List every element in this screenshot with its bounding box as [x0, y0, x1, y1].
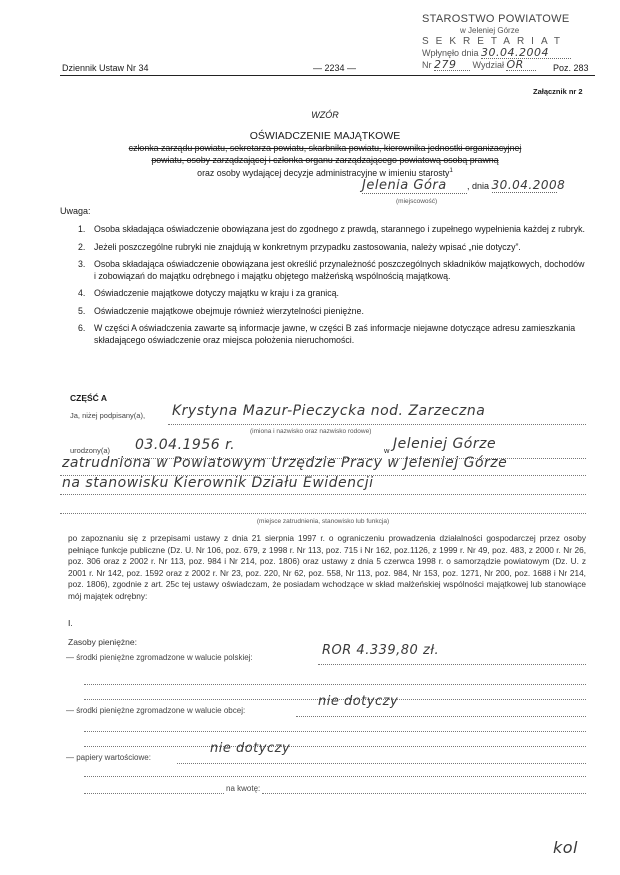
- note-number: 3.: [78, 259, 85, 271]
- securities-field[interactable]: nie dotyczy: [210, 741, 290, 756]
- place-caption: (miejscowość): [396, 198, 437, 205]
- note-number: 4.: [78, 288, 85, 300]
- place-date-row: Jelenia Góra, dnia 30.04.2008: [362, 178, 557, 194]
- note-text: Jeżeli poszczególne rubryki nie znajdują…: [94, 242, 521, 252]
- foreign-dotline-2: [84, 731, 586, 732]
- stamp-division-label: Wydział: [473, 60, 504, 70]
- date-label: , dnia: [467, 181, 489, 191]
- signer-name-field[interactable]: Krystyna Mazur-Pieczycka nod. Zarzeczna: [172, 403, 485, 419]
- note-number: 1.: [78, 224, 85, 236]
- note-text: Oświadczenie majątkowe obejmuje również …: [94, 306, 364, 316]
- born-in-label: w: [384, 446, 389, 455]
- subtitle-struck-line-1: członka zarządu powiatu, sekretarza powi…: [58, 143, 592, 155]
- part-a-heading: CZĘŚĆ A: [70, 393, 107, 403]
- born-label: urodzony(a): [70, 446, 110, 455]
- stamp-division-value: OR: [506, 59, 536, 71]
- document-title: OŚWIADCZENIE MAJĄTKOWE: [60, 130, 590, 142]
- employment-dotline-2: [60, 494, 586, 495]
- note-text: Osoba składająca oświadczenie obowiązana…: [94, 259, 584, 281]
- employment-dotline-3: [60, 513, 586, 514]
- pln-label: — środki pieniężne zgromadzone w walucie…: [66, 653, 253, 662]
- journal-page: — 2234 —: [313, 63, 356, 73]
- stamp-received-label: Wpłynęło dnia: [422, 48, 479, 58]
- amount-dotline-left: [84, 793, 224, 794]
- signer-label: Ja, niżej podpisany(a),: [70, 411, 145, 420]
- pln-funds-field[interactable]: ROR 4.339,80 zł.: [322, 643, 439, 658]
- notes-heading: Uwaga:: [60, 206, 91, 216]
- legal-statement: po zapoznaniu się z przepisami ustawy z …: [68, 533, 586, 603]
- pln-dotline-2: [84, 684, 586, 685]
- subtitle-block: członka zarządu powiatu, sekretarza powi…: [58, 143, 592, 179]
- note-item: 1.Osoba składająca oświadczenie obowiąza…: [78, 224, 586, 236]
- note-number: 6.: [78, 323, 85, 335]
- birth-date-field[interactable]: 03.04.1956 r.: [135, 437, 235, 453]
- foreign-funds-field[interactable]: nie dotyczy: [318, 694, 398, 709]
- template-label: WZÓR: [60, 110, 590, 120]
- stamp-number-label: Nr: [422, 60, 432, 70]
- employment-caption: (miejsce zatrudnienia, stanowisko lub fu…: [60, 518, 586, 525]
- section-roman-numeral: I.: [68, 618, 73, 628]
- employment-field-line-1[interactable]: zatrudniona w Powiatowym Urzędzie Pracy …: [62, 455, 507, 471]
- pln-dotline: [318, 664, 586, 665]
- place-field[interactable]: Jelenia Góra: [362, 178, 467, 194]
- note-text: W części A oświadczenia zawarte są infor…: [94, 323, 575, 345]
- stamp-received-date: 30.04.2004: [481, 47, 571, 59]
- journal-name: Dziennik Ustaw Nr 34: [62, 63, 149, 73]
- notes-list: 1.Osoba składająca oświadczenie obowiąza…: [78, 224, 586, 352]
- date-field[interactable]: 30.04.2008: [492, 178, 557, 193]
- note-text: Oświadczenie majątkowe dotyczy majątku w…: [94, 288, 339, 298]
- stamp-city: w Jeleniej Górze: [422, 25, 592, 36]
- attachment-number: Załącznik nr 2: [533, 87, 583, 96]
- securities-label: — papiery wartościowe:: [66, 753, 151, 762]
- employment-field-line-2[interactable]: na stanowisku Kierownik Działu Ewidencji: [62, 475, 374, 491]
- securities-dotline: [177, 763, 586, 764]
- foreign-dotline-3: [84, 746, 586, 747]
- stamp-number-value: 279: [434, 59, 470, 71]
- amount-field[interactable]: [262, 793, 586, 794]
- note-item: 5.Oświadczenie majątkowe obejmuje równie…: [78, 306, 586, 318]
- signer-dotline: [168, 424, 586, 425]
- note-item: 4.Oświadczenie majątkowe dotyczy majątku…: [78, 288, 586, 300]
- note-number: 2.: [78, 242, 85, 254]
- foreign-dotline: [296, 716, 586, 717]
- securities-dotline-2: [84, 776, 586, 777]
- note-item: 6.W części A oświadczenia zawarte są inf…: [78, 323, 586, 346]
- position-number: Poz. 283: [553, 63, 589, 73]
- subtitle-struck-line-2: powiatu, osoby zarządzającej i członka o…: [58, 155, 592, 167]
- section-heading: Zasoby pieniężne:: [68, 637, 137, 647]
- note-text: Osoba składająca oświadczenie obowiązana…: [94, 224, 585, 234]
- birth-place-field[interactable]: Jeleniej Górze: [393, 436, 496, 452]
- footnote-mark: 1: [449, 168, 452, 174]
- header-rule: [60, 75, 595, 76]
- foreign-label: — środki pieniężne zgromadzone w walucie…: [66, 706, 245, 715]
- initials: kol: [553, 838, 578, 857]
- signer-caption: (imiona i nazwisko oraz nazwisko rodowe): [250, 428, 371, 435]
- amount-label: na kwotę:: [226, 784, 260, 793]
- subtitle-text: oraz osoby wydającej decyzje administrac…: [197, 168, 449, 178]
- note-item: 3.Osoba składająca oświadczenie obowiąza…: [78, 259, 586, 282]
- note-number: 5.: [78, 306, 85, 318]
- stamp-office: STAROSTWO POWIATOWE: [422, 14, 592, 25]
- note-item: 2.Jeżeli poszczególne rubryki nie znajdu…: [78, 242, 586, 254]
